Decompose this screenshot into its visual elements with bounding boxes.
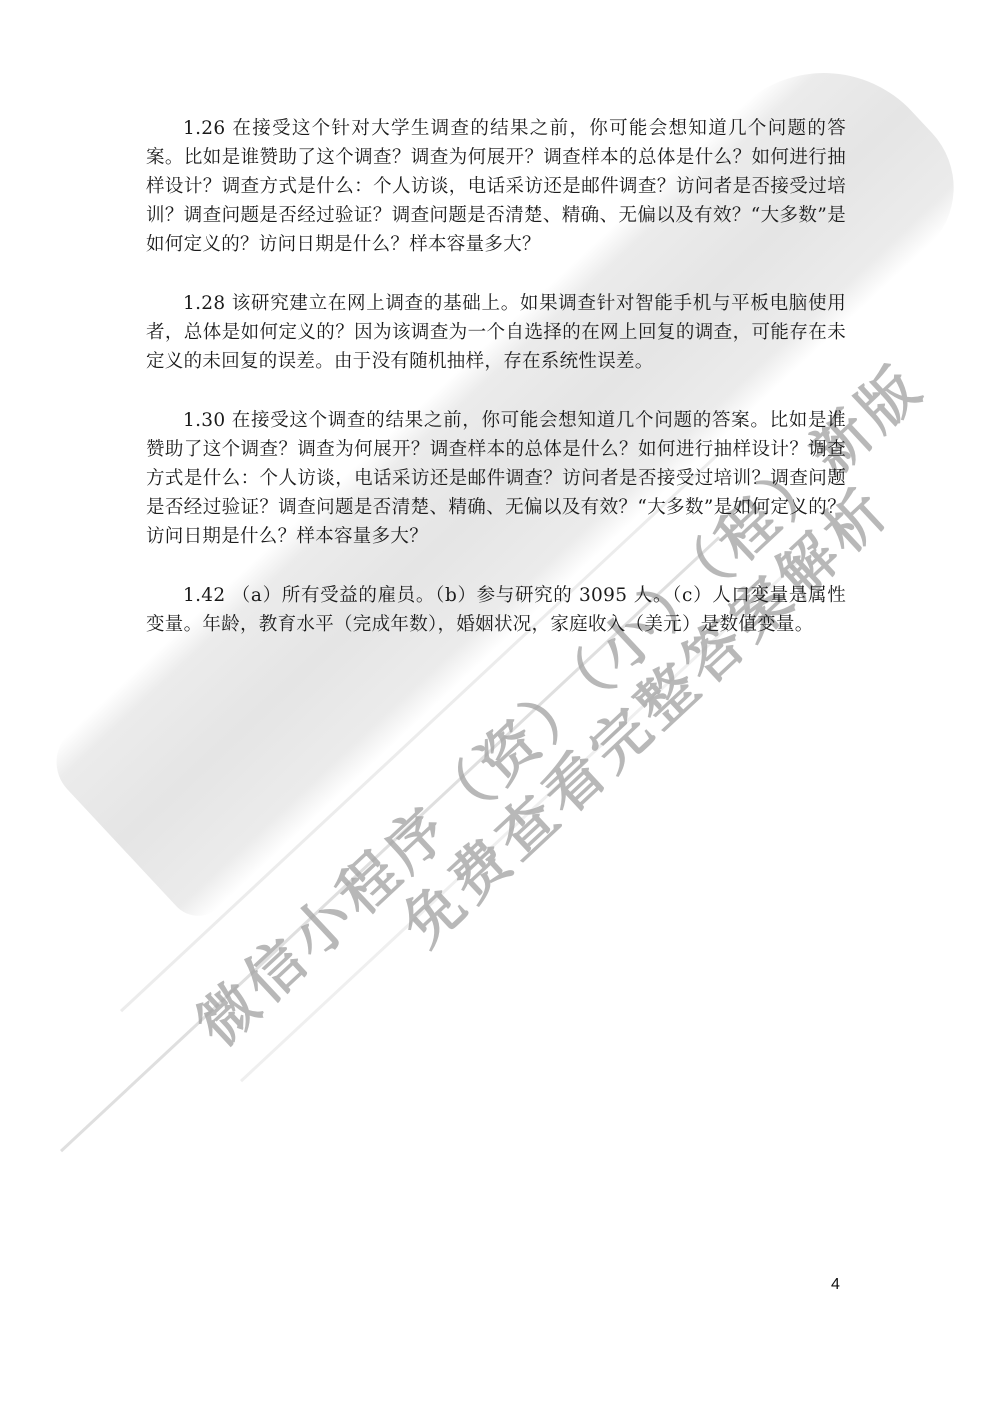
answer-paragraph-1-42: 1.42（a）所有受益的雇员。（b）参与研究的 3095 人。（c）人口变量是属… [146,581,846,639]
answer-text: 在接受这个调查的结果之前，你可能会想知道几个问题的答案。比如是谁赞助了这个调查？… [146,410,846,547]
exercise-number: 1.26 [183,118,225,139]
answer-text: 在接受这个针对大学生调查的结果之前，你可能会想知道几个问题的答案。比如是谁赞助了… [146,118,846,255]
answer-paragraph-1-28: 1.28该研究建立在网上调查的基础上。如果调查针对智能手机与平板电脑使用者，总体… [146,289,846,376]
exercise-number: 1.42 [183,585,225,606]
answer-content: 1.26在接受这个针对大学生调查的结果之前，你可能会想知道几个问题的答案。比如是… [146,114,846,669]
exercise-number: 1.30 [183,410,225,431]
answer-paragraph-1-30: 1.30在接受这个调查的结果之前，你可能会想知道几个问题的答案。比如是谁赞助了这… [146,406,846,551]
answer-text: 该研究建立在网上调查的基础上。如果调查针对智能手机与平板电脑使用者，总体是如何定… [146,293,846,372]
page-number: 4 [831,1276,840,1294]
answer-paragraph-1-26: 1.26在接受这个针对大学生调查的结果之前，你可能会想知道几个问题的答案。比如是… [146,114,846,259]
document-page: 微信小程序（资）（小）（程）新版 免费查看完整答案解析 1.26在接受这个针对大… [0,0,993,1404]
answer-text: （a）所有受益的雇员。（b）参与研究的 3095 人。（c）人口变量是属性变量。… [146,585,846,635]
exercise-number: 1.28 [183,293,225,314]
